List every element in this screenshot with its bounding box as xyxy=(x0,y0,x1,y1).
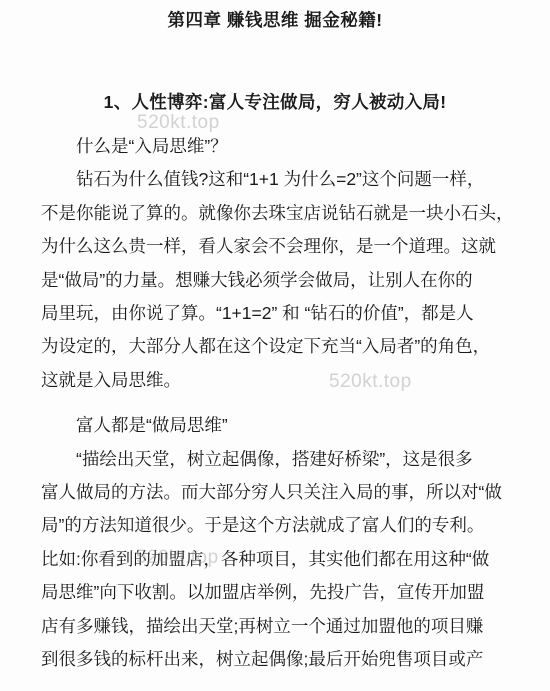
paragraph-line: 到很多钱的标杆出来，树立起偶像;最后开始兜售项目或产 xyxy=(41,643,512,676)
chapter-title: 第四章 赚钱思维 掘金秘籍! xyxy=(0,7,550,32)
document-page: 第四章 赚钱思维 掘金秘籍! 1、人性博弈:富人专注做局，穷人被动入局! 520… xyxy=(0,0,550,691)
paragraph-line: 是“做局”的力量。想赚大钱必须学会做局，让别人在你的 xyxy=(41,264,512,297)
section-heading: 1、人性博弈:富人专注做局，穷人被动入局! xyxy=(0,89,550,114)
paragraph-1: 钻石为什么值钱?这和“1+1 为什么=2”这个问题一样， 不是你能说了算的。就像… xyxy=(41,163,512,397)
paragraph-line: 店有多赚钱，描绘出天堂;再树立一个通过加盟他的项目赚 xyxy=(41,610,512,643)
paragraph-line: 这就是入局思维。 xyxy=(41,364,512,397)
paragraph-line: 局”的方法知道很少。于是这个方法就成了富人们的专利。 xyxy=(41,509,512,542)
paragraph-line: 局思维”向下收割。以加盟店举例，先投广告，宣传开加盟 xyxy=(41,576,512,609)
paragraph-line: “描绘出天堂，树立起偶像，搭建好桥梁”，这是很多 xyxy=(41,443,512,476)
paragraph-line: 为设定的，大部分人都在这个设定下充当“入局者”的角色， xyxy=(41,330,512,363)
paragraph-line: 富人做局的方法。而大部分穷人只关注入局的事，所以对“做 xyxy=(41,476,512,509)
subheading: 富人都是“做局思维” xyxy=(41,409,512,442)
paragraph-line: 比如:你看到的加盟店，各种项目，其实他们都在用这种“做 xyxy=(41,543,512,576)
body-text: 什么是“入局思维”？ 钻石为什么值钱?这和“1+1 为什么=2”这个问题一样， … xyxy=(41,130,512,677)
paragraph-2: “描绘出天堂，树立起偶像，搭建好桥梁”，这是很多 富人做局的方法。而大部分穷人只… xyxy=(41,443,512,677)
paragraph-line: 为什么这么贵一样，看人家会不会理你，是一个道理。这就 xyxy=(41,230,512,263)
question-line: 什么是“入局思维”？ xyxy=(41,130,512,163)
paragraph-line: 不是你能说了算的。就像你去珠宝店说钻石就是一块小石头， xyxy=(41,197,512,230)
paragraph-line: 钻石为什么值钱?这和“1+1 为什么=2”这个问题一样， xyxy=(41,163,512,196)
paragraph-line: 局里玩，由你说了算。“1+1=2” 和 “钻石的价值”，都是人 xyxy=(41,297,512,330)
